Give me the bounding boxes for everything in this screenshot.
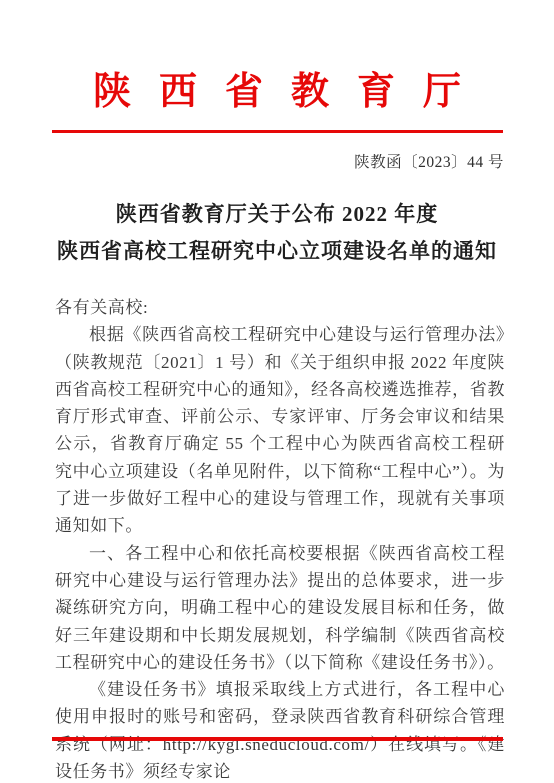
notice-body: 各有关高校: 根据《陕西省高校工程研究中心建设与运行管理办法》（陕教规范〔202… — [55, 294, 505, 783]
notice-title-line1: 陕西省教育厅关于公布 2022 年度 — [0, 196, 554, 233]
document-page: 陕西省教育厅 陕教函〔2023〕44 号 陕西省教育厅关于公布 2022 年度 … — [0, 0, 554, 783]
notice-title: 陕西省教育厅关于公布 2022 年度 陕西省高校工程研究中心立项建设名单的通知 — [0, 196, 554, 270]
document-number: 陕教函〔2023〕44 号 — [354, 150, 504, 172]
paragraph-basis: 根据《陕西省高校工程研究中心建设与运行管理办法》（陕教规范〔2021〕1 号）和… — [55, 321, 505, 539]
notice-title-line2: 陕西省高校工程研究中心立项建设名单的通知 — [0, 233, 554, 270]
salutation: 各有关高校: — [55, 294, 505, 321]
paragraph-online-filing: 《建设任务书》填报采取线上方式进行，各工程中心使用申报时的账号和密码，登录陕西省… — [55, 676, 505, 783]
header-red-divider — [52, 130, 503, 133]
page-bottom-red-divider — [52, 737, 503, 741]
agency-header: 陕西省教育厅 — [0, 60, 554, 115]
paragraph-item-one: 一、各工程中心和依托高校要根据《陕西省高校工程研究中心建设与运行管理办法》提出的… — [55, 540, 505, 676]
